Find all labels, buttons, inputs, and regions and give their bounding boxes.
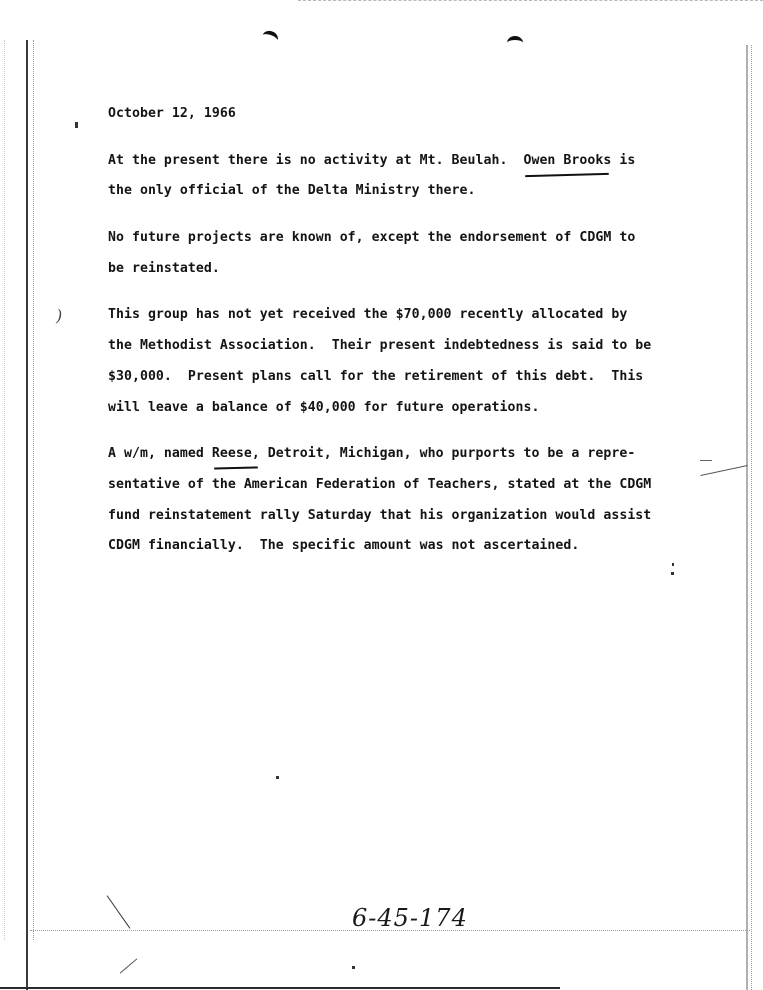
text-segment: At the present there is no activity at M…	[108, 153, 523, 168]
handwritten-file-number: 6-45-174	[352, 904, 468, 932]
text-line: $30,000. Present plans call for the reti…	[108, 367, 708, 398]
punch-hole-mark-left	[260, 29, 280, 48]
text-line: No future projects are known of, except …	[108, 228, 708, 259]
memo-body: October 12, 1966 At the present there is…	[108, 104, 708, 583]
text-segment: is	[611, 153, 635, 168]
left-border-line	[26, 40, 28, 990]
text-segment: Detroit, Michigan, who purports to be a …	[260, 446, 636, 461]
underlined-name-owen-brooks: Owen Brooks	[523, 151, 611, 171]
margin-mark: )	[56, 306, 62, 325]
pen-stroke-mark	[107, 895, 131, 928]
ink-speck	[276, 776, 279, 779]
text-line: At the present there is no activity at M…	[108, 151, 708, 182]
punch-hole-mark-right	[507, 36, 523, 50]
text-line: the Methodist Association. Their present…	[108, 336, 708, 367]
text-line: the only official of the Delta Ministry …	[108, 181, 708, 212]
text-line: sentative of the American Federation of …	[108, 475, 708, 506]
right-border-line	[746, 45, 748, 990]
paragraph-4: A w/m, named Reese, Detroit, Michigan, w…	[108, 444, 708, 567]
text-line: This group has not yet received the $70,…	[108, 305, 708, 336]
pen-stroke-mark	[120, 959, 137, 974]
text-segment: A w/m, named	[108, 446, 212, 461]
left-border-dotted-line	[33, 40, 35, 940]
paragraph-1: At the present there is no activity at M…	[108, 151, 708, 212]
underlined-name-reese: Reese,	[212, 444, 260, 464]
paragraph-3: This group has not yet received the $70,…	[108, 305, 708, 428]
scanned-document-page: ) October 12, 1966 At the present there …	[0, 0, 763, 990]
memo-date: October 12, 1966	[108, 104, 708, 135]
text-line: CDGM financially. The specific amount wa…	[108, 536, 708, 567]
top-edge-dotted-line	[298, 0, 763, 1]
bottom-border-line	[0, 987, 560, 989]
paragraph-2: No future projects are known of, except …	[108, 228, 708, 289]
text-line: be reinstated.	[108, 259, 708, 290]
right-border-dotted-line	[751, 45, 753, 990]
ink-speck	[75, 122, 78, 128]
left-scan-noise	[4, 40, 19, 940]
text-line: fund reinstatement rally Saturday that h…	[108, 506, 708, 537]
text-line: A w/m, named Reese, Detroit, Michigan, w…	[108, 444, 708, 475]
ink-speck	[352, 966, 355, 969]
text-line: will leave a balance of $40,000 for futu…	[108, 398, 708, 429]
